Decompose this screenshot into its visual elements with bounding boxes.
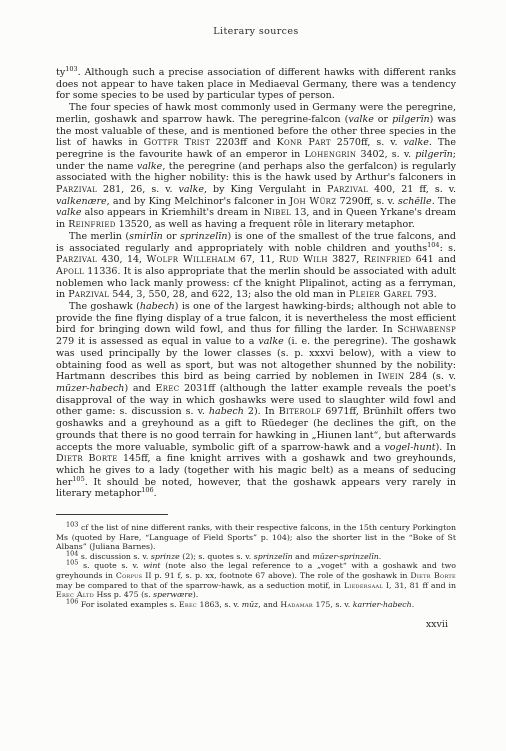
footnote: 105 s. quote s. v. wint (note also the l… [56, 561, 456, 599]
page-number: xxvii [56, 619, 456, 630]
footnotes: 103 cf the list of nine different ranks,… [56, 523, 456, 609]
body-text: ty103. Although such a precise associati… [56, 67, 456, 500]
footnote: 106 For isolated examples s. Erec 1863, … [56, 600, 456, 610]
paragraph: The merlin (smirlīn or sprinzelīn) is on… [56, 231, 456, 301]
paragraph: ty103. Although such a precise associati… [56, 67, 456, 102]
running-header: Literary sources [56, 26, 456, 37]
paragraph: The goshawk (habech) is one of the large… [56, 301, 456, 500]
book-page: Literary sources ty103. Although such a … [0, 0, 506, 751]
paragraph: The four species of hawk most commonly u… [56, 102, 456, 231]
footnote-rule [56, 514, 168, 515]
footnote: 103 cf the list of nine different ranks,… [56, 523, 456, 552]
footnote: 104 s. discussion s. v. sprinze (2); s. … [56, 552, 456, 562]
